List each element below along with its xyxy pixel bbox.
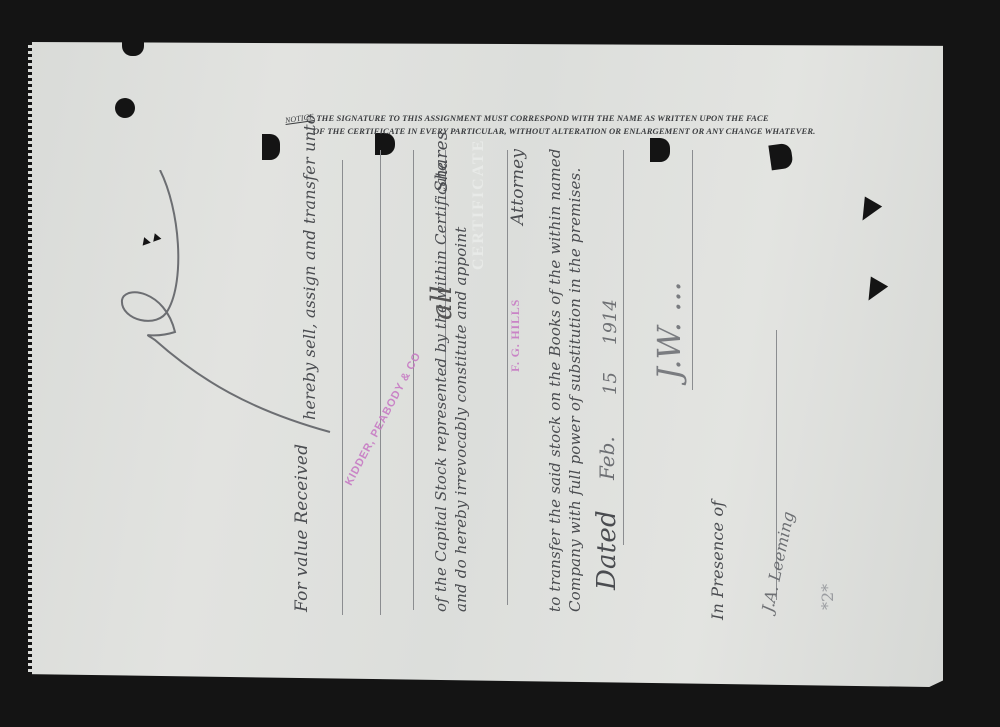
notice-line-2: OF THE CERTIFICATE IN EVERY PARTICULAR, … (285, 125, 785, 137)
perforated-edge (28, 42, 32, 675)
handwritten-date-month: Feb. (595, 436, 619, 480)
rule-line-3 (413, 150, 414, 610)
text-transfer-books: to transfer the said stock on the Books … (546, 148, 564, 612)
cancel-punch-d-3 (650, 138, 670, 162)
notice-text: NOTICE THE SIGNATURE TO THIS ASSIGNMENT … (285, 112, 785, 137)
stamp-fg-hills: F. G. HILLS (508, 299, 523, 372)
rule-line-2 (380, 150, 381, 615)
text-full-power: Company with full power of substitution … (566, 168, 584, 612)
handwritten-date-year: 1914 (600, 299, 621, 345)
pencil-footnote-mark: *2* (818, 584, 837, 610)
handwritten-shares-all: all (425, 285, 458, 320)
signature-line (692, 150, 693, 390)
punch-hole-round (115, 98, 135, 118)
text-in-presence-of: In Presence of (708, 501, 727, 620)
pencil-flourish-icon (110, 170, 340, 440)
assignor-signature: J.W. ... (650, 281, 688, 380)
background-watermark: CERTIFICATE (470, 139, 488, 270)
rule-line-1 (342, 160, 343, 615)
rule-line-6 (623, 150, 624, 545)
handwritten-date-day: 15 (600, 372, 621, 395)
text-for-value-received: For value Received (292, 444, 312, 612)
text-capital-stock: of the Capital Stock represented by the … (432, 162, 450, 612)
text-constitute-appoint: and do hereby irrevocably constitute and… (452, 226, 470, 612)
text-dated: Dated (592, 510, 622, 590)
notice-line-1: THE SIGNATURE TO THIS ASSIGNMENT MUST CO… (316, 113, 768, 123)
cancel-punch-d-1 (262, 134, 280, 160)
text-attorney: Attorney (508, 149, 528, 225)
